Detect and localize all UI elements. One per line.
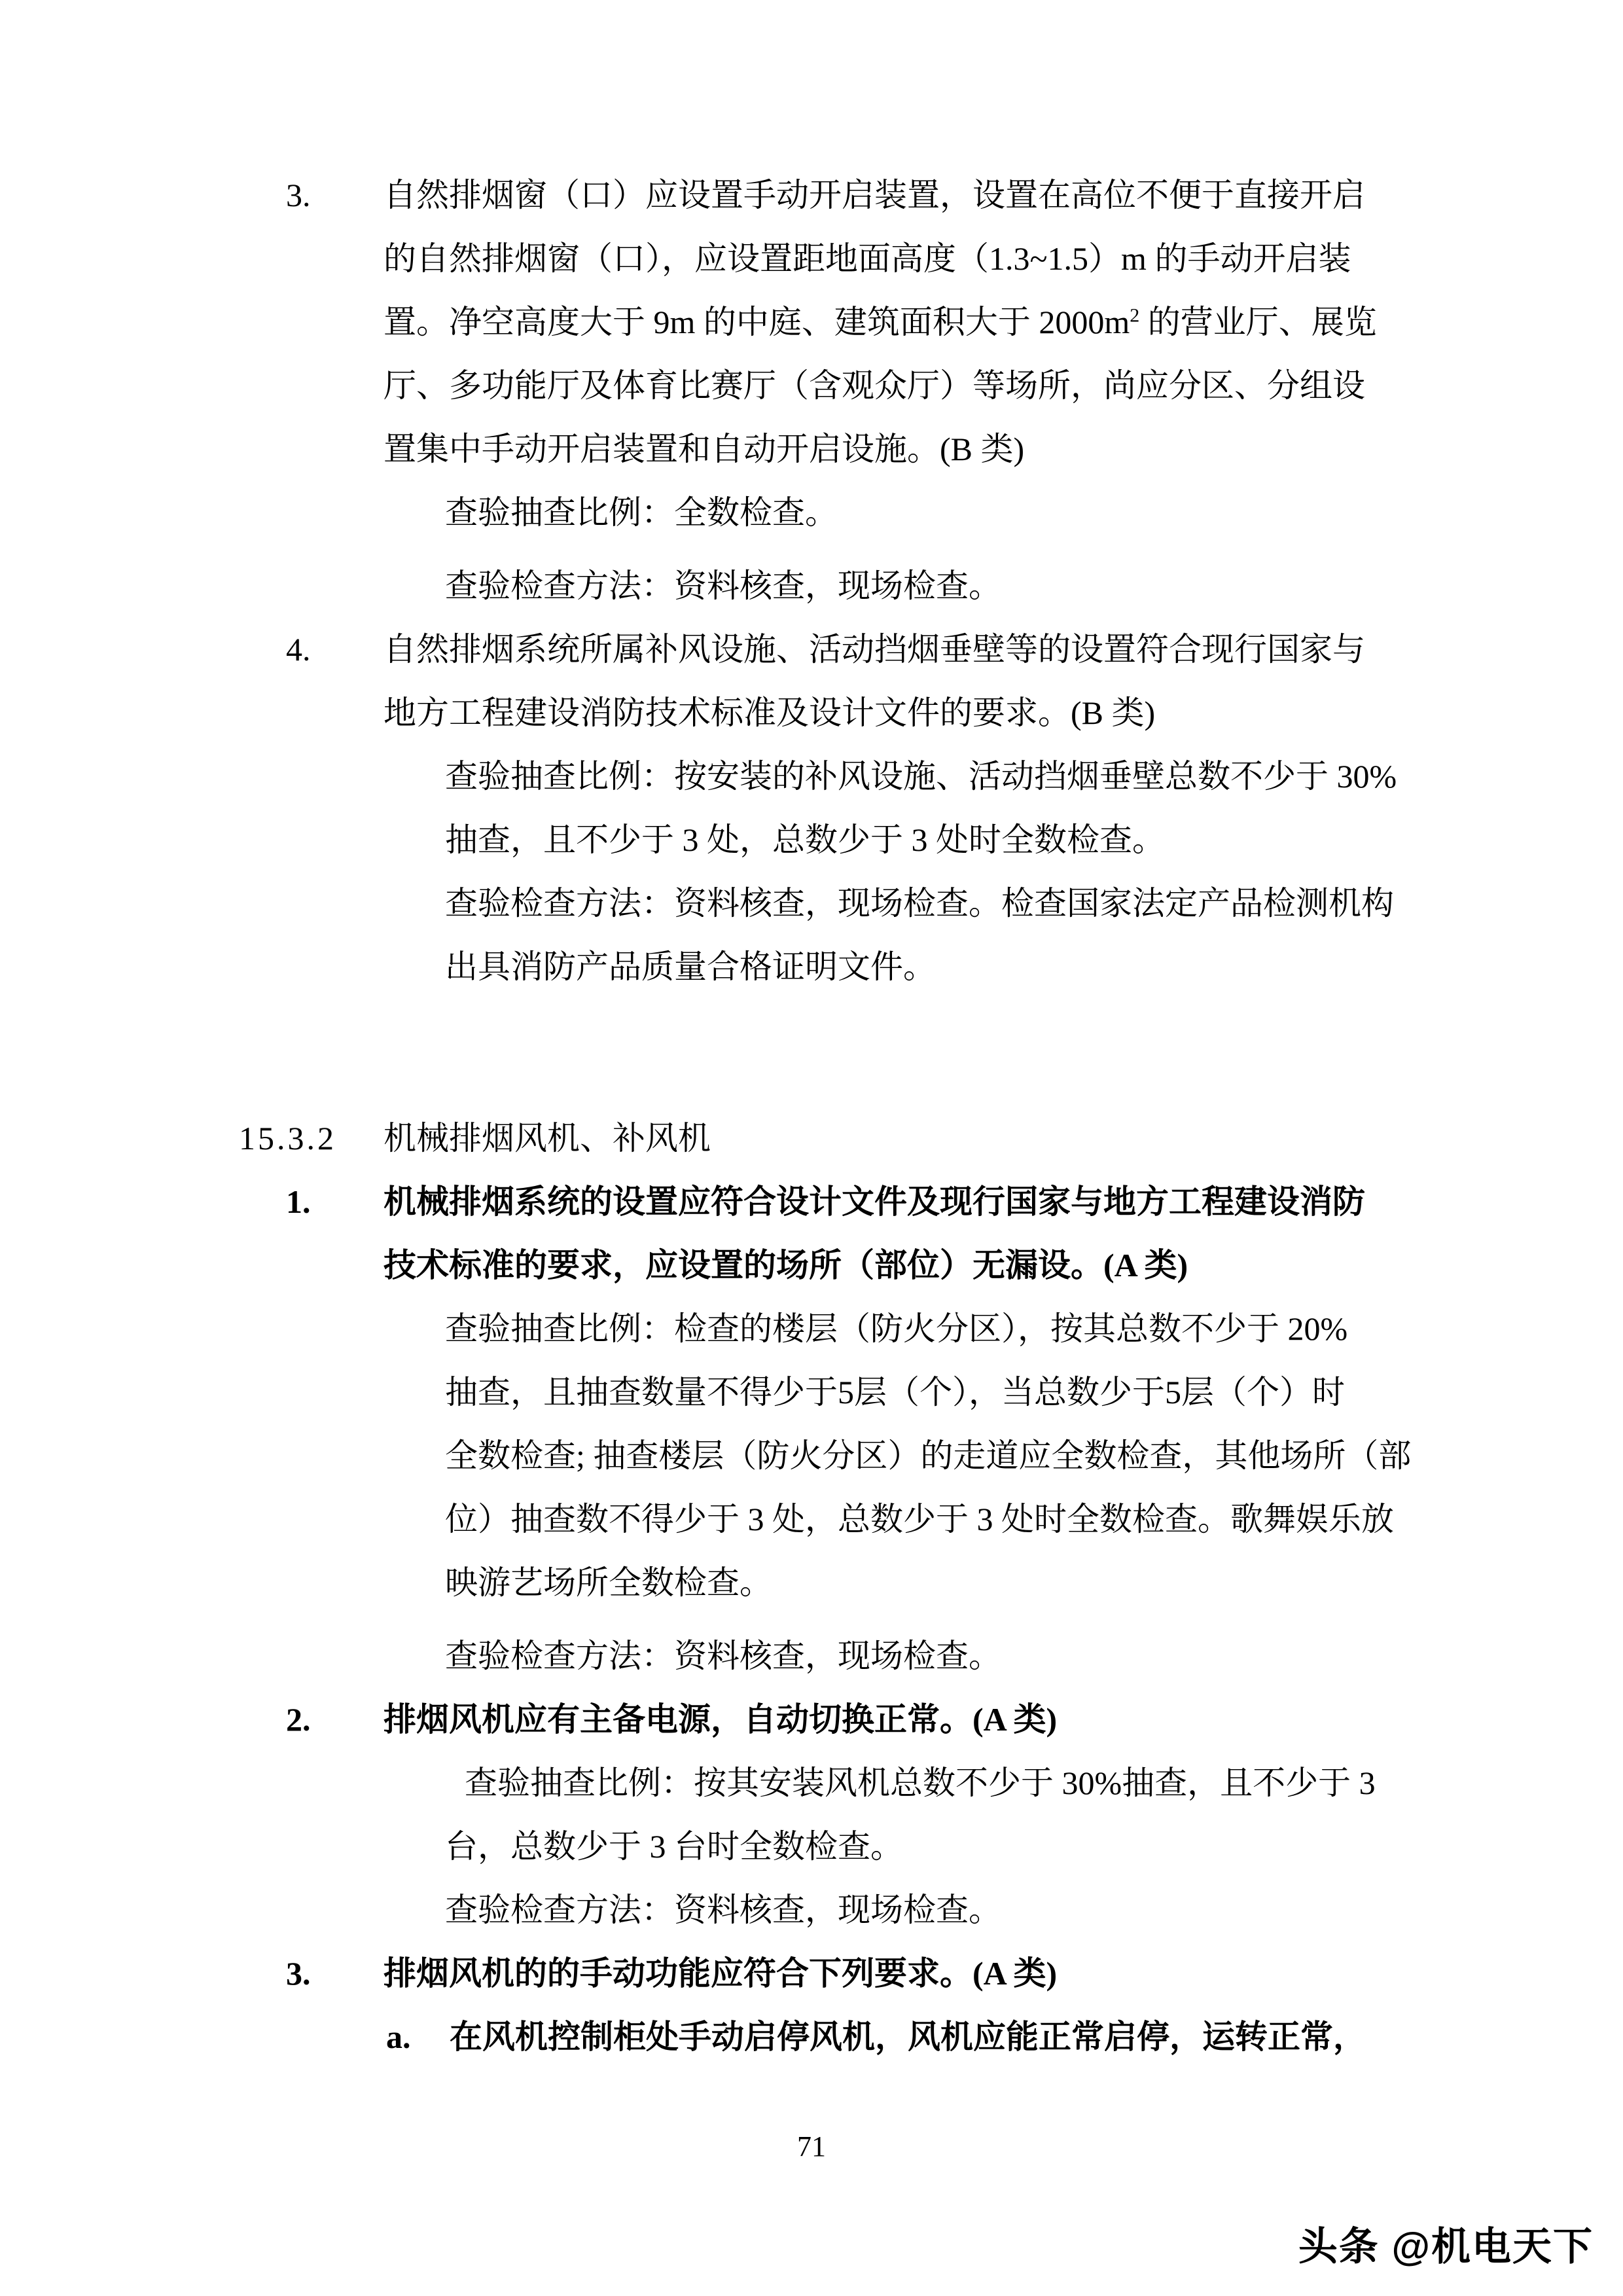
clause-4-line-1: 4. 自然排烟系统所属补风设施、活动挡烟垂壁等的设置符合现行国家与: [0, 618, 1623, 681]
clause-1-check-ratio-5: 映游艺场所全数检查。: [0, 1551, 1623, 1615]
clause-1-number: 1.: [286, 1170, 311, 1234]
clause-a-line-1: a. 在风机控制柜处手动启停风机，风机应能正常启停，运转正常，: [0, 2005, 1623, 2069]
clause-3b-text-1: 排烟风机的的手动功能应符合下列要求。(A 类): [383, 1955, 1057, 1992]
clause-3b-number: 3.: [286, 1942, 311, 2005]
clause-3-text-3-pre: 置。净空高度大于 9m 的中庭、建筑面积大于 2000m: [383, 304, 1130, 340]
clause-3b-line-1: 3. 排烟风机的的手动功能应符合下列要求。(A 类): [0, 1942, 1623, 2005]
clause-3-line-4: 厅、多功能厅及体育比赛厅（含观众厅）等场所，尚应分区、分组设: [0, 354, 1623, 418]
clause-2-check-ratio-1: 查验抽查比例：按其安装风机总数不少于 30%抽查，且不少于 3: [0, 1751, 1623, 1815]
clause-2-number: 2.: [286, 1688, 311, 1751]
section-heading: 15.3.2 机械排烟风机、补风机: [0, 1107, 1623, 1170]
clause-2-check-method: 查验检查方法：资料核查，现场检查。: [0, 1878, 1623, 1942]
clause-4-number: 4.: [286, 618, 311, 681]
document-page: 3. 自然排烟窗（口）应设置手动开启装置，设置在高位不便于直接开启 的自然排烟窗…: [0, 0, 1623, 2296]
clause-3-text-1: 自然排烟窗（口）应设置手动开启装置，设置在高位不便于直接开启: [383, 177, 1365, 213]
section-title: 机械排烟风机、补风机: [383, 1120, 711, 1157]
clause-3-check-method: 查验检查方法：资料核查，现场检查。: [0, 554, 1623, 618]
clause-4-check-method-1: 查验检查方法：资料核查，现场检查。检查国家法定产品检测机构: [0, 872, 1623, 935]
clause-1-check-ratio-2: 抽查，且抽查数量不得少于5层（个），当总数少于5层（个）时: [0, 1361, 1623, 1424]
clause-1-check-ratio-4: 位）抽查数不得少于 3 处，总数少于 3 处时全数检查。歌舞娱乐放: [0, 1488, 1623, 1551]
clause-3-number: 3.: [286, 164, 311, 227]
clause-4-check-ratio-2: 抽查，且不少于 3 处，总数少于 3 处时全数检查。: [0, 808, 1623, 872]
clause-4-check-method-2: 出具消防产品质量合格证明文件。: [0, 935, 1623, 999]
clause-2-line-1: 2. 排烟风机应有主备电源，自动切换正常。(A 类): [0, 1688, 1623, 1751]
clause-4-text-1: 自然排烟系统所属补风设施、活动挡烟垂壁等的设置符合现行国家与: [383, 631, 1365, 668]
clause-1-text-1: 机械排烟系统的设置应符合设计文件及现行国家与地方工程建设消防: [383, 1183, 1365, 1220]
clause-1-check-ratio-1: 查验抽查比例：检查的楼层（防火分区），按其总数不少于 20%: [0, 1297, 1623, 1361]
clause-a-text-1: 在风机控制柜处手动启停风机，风机应能正常启停，运转正常，: [450, 2018, 1366, 2055]
clause-4-line-2: 地方工程建设消防技术标准及设计文件的要求。(B 类): [0, 681, 1623, 745]
clause-2-check-ratio-2: 台，总数少于 3 台时全数检查。: [0, 1815, 1623, 1878]
page-number: 71: [0, 2115, 1623, 2178]
clause-a-number: a.: [386, 2005, 411, 2069]
clause-3-line-1: 3. 自然排烟窗（口）应设置手动开启装置，设置在高位不便于直接开启: [0, 164, 1623, 227]
superscript-2: 2: [1130, 304, 1139, 326]
clause-1-line-1: 1. 机械排烟系统的设置应符合设计文件及现行国家与地方工程建设消防: [0, 1170, 1623, 1234]
clause-2-text-1: 排烟风机应有主备电源，自动切换正常。(A 类): [383, 1701, 1057, 1738]
clause-1-check-ratio-3: 全数检查; 抽查楼层（防火分区）的走道应全数检查，其他场所（部: [0, 1424, 1623, 1488]
watermark: 头条 @机电天下: [1298, 2215, 1594, 2272]
clause-1-line-2: 技术标准的要求，应设置的场所（部位）无漏设。(A 类): [0, 1234, 1623, 1297]
clause-3-line-3: 置。净空高度大于 9m 的中庭、建筑面积大于 2000m2 的营业厅、展览: [0, 291, 1623, 354]
clause-3-text-3-post: 的营业厅、展览: [1139, 304, 1377, 340]
section-number: 15.3.2: [239, 1107, 336, 1170]
clause-3-line-5: 置集中手动开启装置和自动开启设施。(B 类): [0, 418, 1623, 481]
clause-4-check-ratio-1: 查验抽查比例：按安装的补风设施、活动挡烟垂壁总数不少于 30%: [0, 745, 1623, 808]
clause-3-line-2: 的自然排烟窗（口），应设置距地面高度（1.3~1.5）m 的手动开启装: [0, 227, 1623, 291]
clause-1-check-method: 查验检查方法：资料核查，现场检查。: [0, 1624, 1623, 1688]
clause-3-check-ratio: 查验抽查比例：全数检查。: [0, 481, 1623, 545]
